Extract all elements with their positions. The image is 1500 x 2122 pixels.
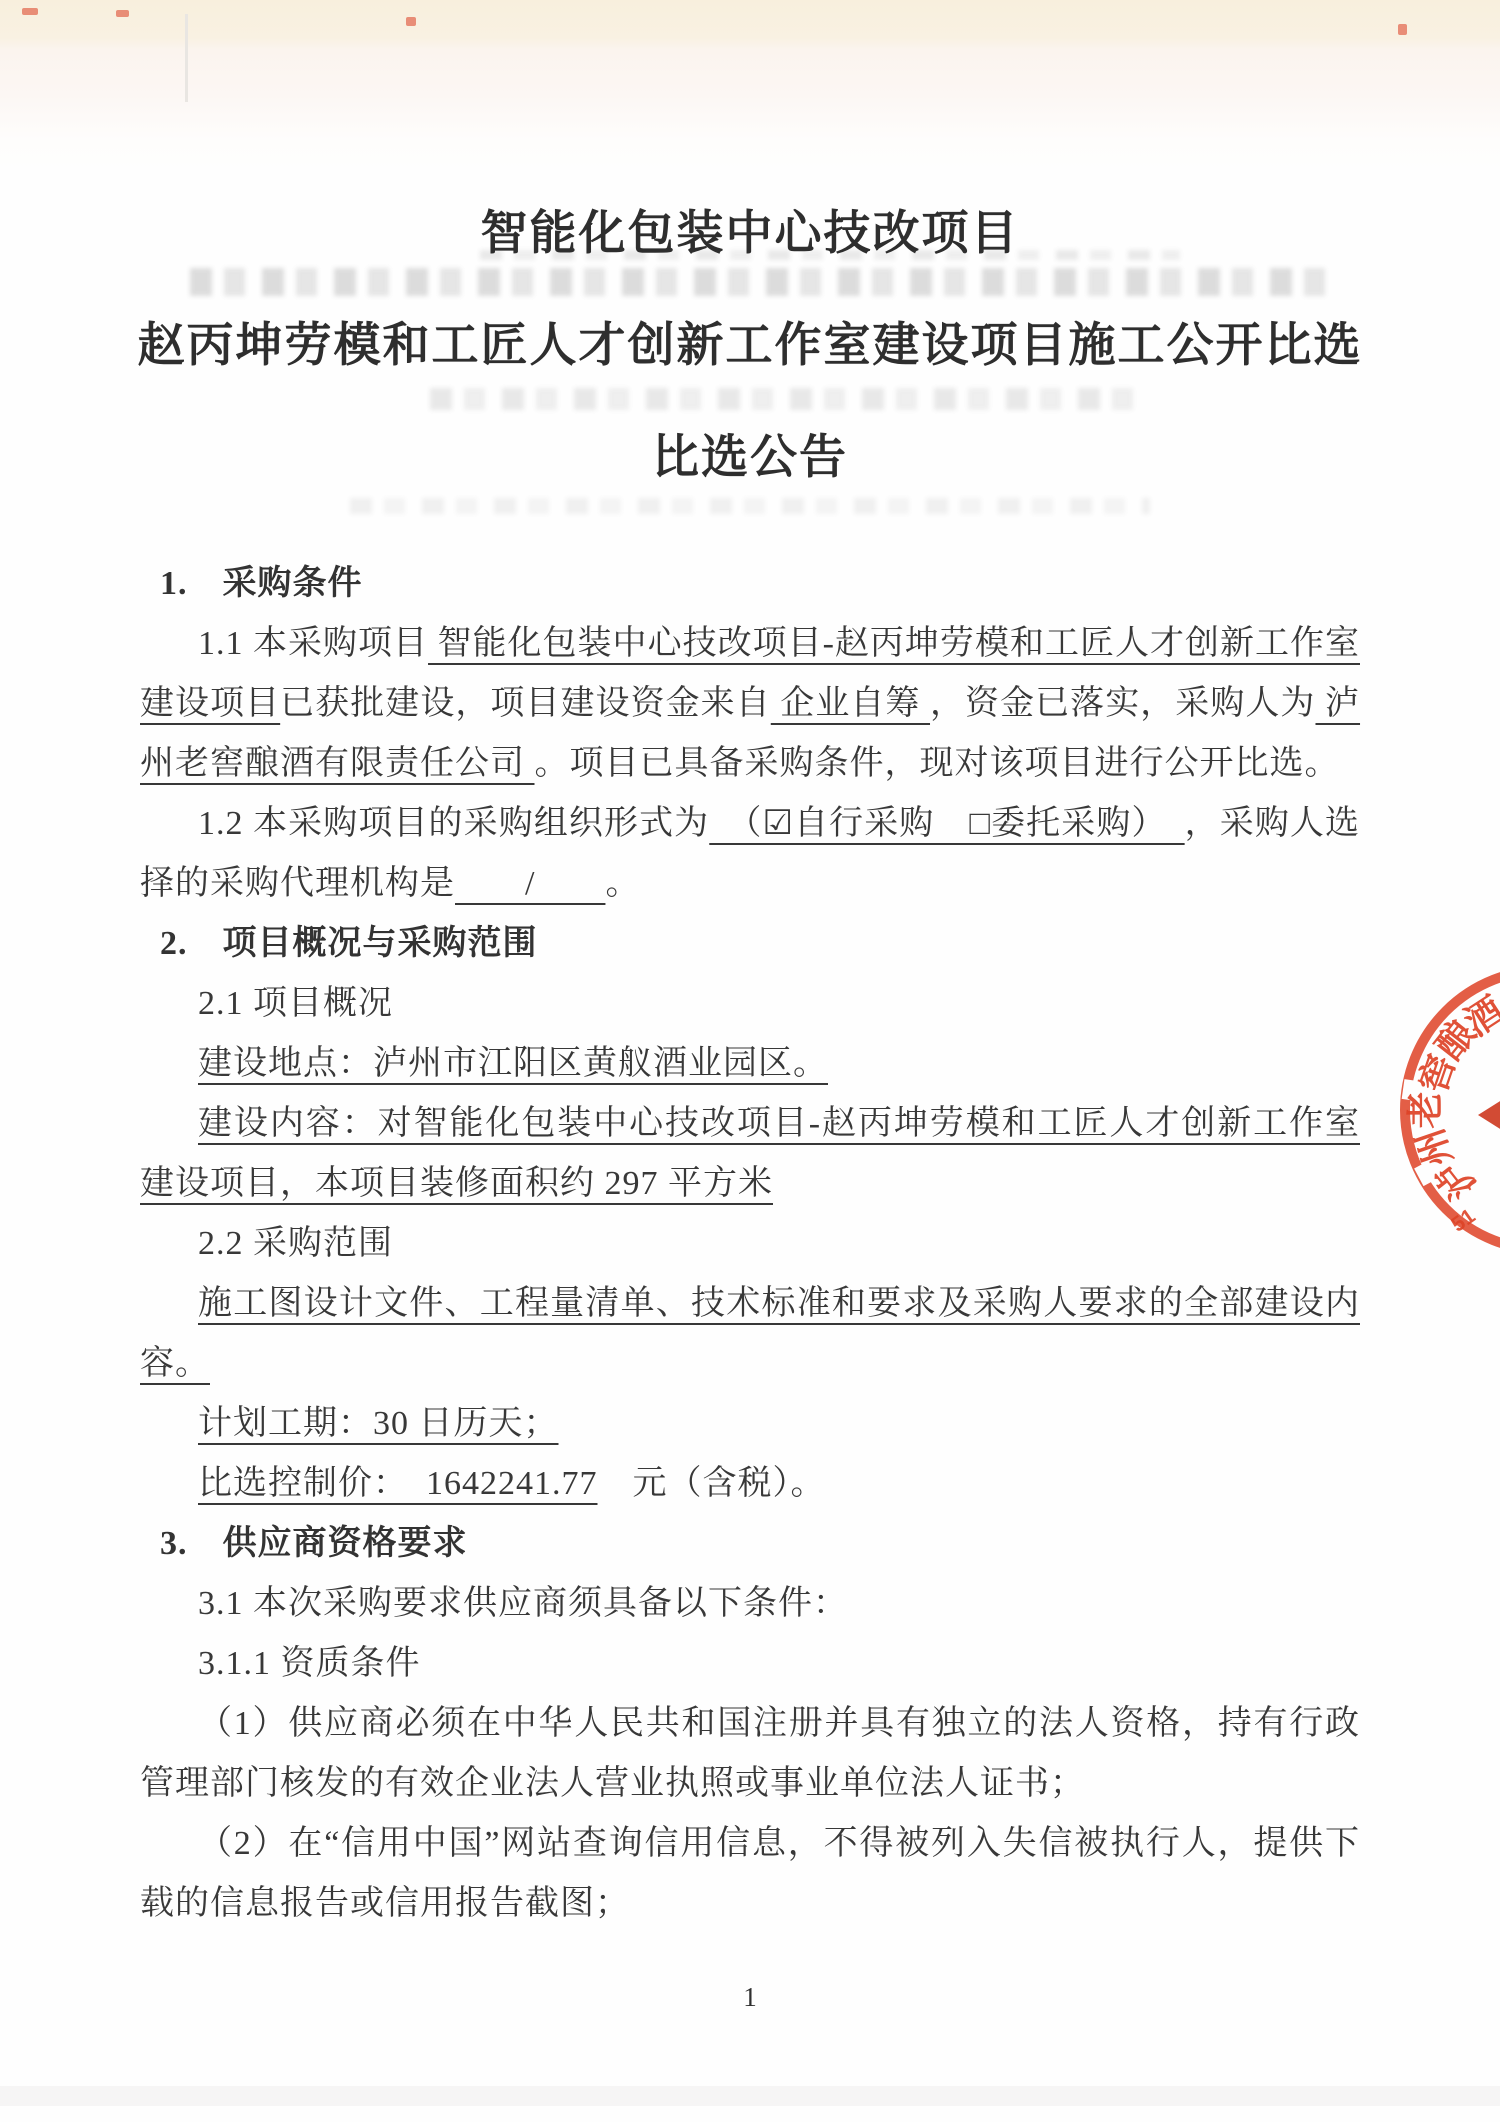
text-run: 2.1 项目概况 [198, 985, 393, 1022]
section-2-heading: 2. 项目概况与采购范围 [140, 914, 1360, 974]
seal-arc-character: 泸 [1426, 1148, 1488, 1210]
clause-2-2: 2.2 采购范围 [140, 1214, 1360, 1274]
title-block: 智能化包装中心技改项目赵丙坤劳模和工匠人才创新工作室建设项目施工公开比选比选公告 [0, 0, 1500, 514]
seal-arc-character: 酿 [1426, 1010, 1488, 1072]
text-run: （2）在“信用中国”网站查询信用信息，不得被列入失信被执行人，提供下载的信息报告… [140, 1825, 1360, 1922]
clause-1-1: 1.1 本采购项目 智能化包装中心技改项目-赵丙坤劳模和工匠人才创新工作室建设项… [140, 614, 1360, 794]
seal-serial-number: 51 [1447, 1204, 1480, 1237]
clause-3-1-1: 3.1.1 资质条件 [140, 1634, 1360, 1694]
seal-arc-character: 窖 [1411, 1046, 1467, 1102]
construction-site: 建设地点：泸州市江阳区黄舣酒业园区。 [140, 1034, 1360, 1094]
seal-ring-gap [1414, 1162, 1436, 1186]
underlined-text: 建设地点：泸州市江阳区黄舣酒业园区。 [198, 1045, 828, 1082]
text-run: 3.1.1 资质条件 [198, 1645, 421, 1682]
scanned-document-page: 智能化包装中心技改项目赵丙坤劳模和工匠人才创新工作室建设项目施工公开比选比选公告… [0, 0, 1500, 2122]
text-run: 2. 项目概况与采购范围 [160, 925, 538, 962]
text-run: 1. 采购条件 [160, 565, 363, 602]
section-3-heading: 3. 供应商资格要求 [140, 1514, 1360, 1574]
seal-arc-character: 州 [1408, 1119, 1464, 1175]
text-run: ，资金已落实，采购人为 [930, 685, 1315, 722]
company-seal-stamp: 51 泸州老窖酿酒 [1400, 965, 1500, 1255]
text-run: 1.1 本采购项目 [198, 625, 428, 662]
seal-ring [1400, 965, 1500, 1255]
clause-3-1: 3.1 本次采购要求供应商须具备以下条件： [140, 1574, 1360, 1634]
underlined-text: 施工图设计文件、工程量清单、技术标准和要求及采购人要求的全部建设内容。 [140, 1285, 1360, 1382]
qualification-item-1: （1）供应商必须在中华人民共和国注册并具有独立的法人资格，持有行政管理部门核发的… [140, 1694, 1360, 1814]
qualification-item-2: （2）在“信用中国”网站查询信用信息，不得被列入失信被执行人，提供下载的信息报告… [140, 1814, 1360, 1934]
document-title-line: 智能化包装中心技改项目 [0, 178, 1500, 290]
seal-star-icon [1478, 1096, 1500, 1134]
section-1-heading: 1. 采购条件 [140, 554, 1360, 614]
text-run: 3.1 本次采购要求供应商须具备以下条件： [198, 1585, 848, 1622]
document-title-line: 赵丙坤劳模和工匠人才创新工作室建设项目施工公开比选 [0, 290, 1500, 402]
underlined-text: 建设内容：对智能化包装中心技改项目-赵丙坤劳模和工匠人才创新工作室建设项目，本项… [140, 1105, 1360, 1202]
underlined-text: / [455, 865, 605, 902]
text-run: 1.2 本采购项目的采购组织形式为 [198, 805, 709, 842]
underlined-text: 企业自筹 [771, 685, 930, 722]
clause-1-2: 1.2 本采购项目的采购组织形式为 （☑自行采购 □委托采购） ，采购人选择的采… [140, 794, 1360, 914]
underlined-text: （☑自行采购 □委托采购） [709, 805, 1184, 842]
seal-arc-character: 老 [1405, 1088, 1449, 1132]
scan-bottom-band [0, 2086, 1500, 2106]
paragraph-list: 1. 采购条件1.1 本采购项目 智能化包装中心技改项目-赵丙坤劳模和工匠人才创… [140, 554, 1360, 1934]
underlined-text: 计划工期：30 日历天； [198, 1405, 559, 1442]
text-run: 元（含税）。 [598, 1465, 826, 1502]
construction-content: 建设内容：对智能化包装中心技改项目-赵丙坤劳模和工匠人才创新工作室建设项目，本项… [140, 1094, 1360, 1214]
seal-arc-character: 酒 [1455, 988, 1500, 1049]
text-run: 2.2 采购范围 [198, 1225, 393, 1262]
procurement-scope: 施工图设计文件、工程量清单、技术标准和要求及采购人要求的全部建设内容。 [140, 1274, 1360, 1394]
text-run: 。项目已具备采购条件，现对该项目进行公开比选。 [535, 745, 1340, 782]
planned-duration: 计划工期：30 日历天； [140, 1394, 1360, 1454]
seal-ring-gap [1402, 1079, 1419, 1101]
control-price: 比选控制价： 1642241.77 元（含税）。 [140, 1454, 1360, 1514]
text-run: 3. 供应商资格要求 [160, 1525, 468, 1562]
text-run: 已获批建设，项目建设资金来自 [280, 685, 771, 722]
page-number: 1 [0, 1982, 1500, 2013]
text-run: （1）供应商必须在中华人民共和国注册并具有独立的法人资格，持有行政管理部门核发的… [140, 1705, 1360, 1802]
underlined-text: 比选控制价： 1642241.77 [198, 1465, 598, 1502]
clause-2-1: 2.1 项目概况 [140, 974, 1360, 1034]
document-title-line: 比选公告 [0, 402, 1500, 514]
text-run: 。 [605, 865, 640, 902]
